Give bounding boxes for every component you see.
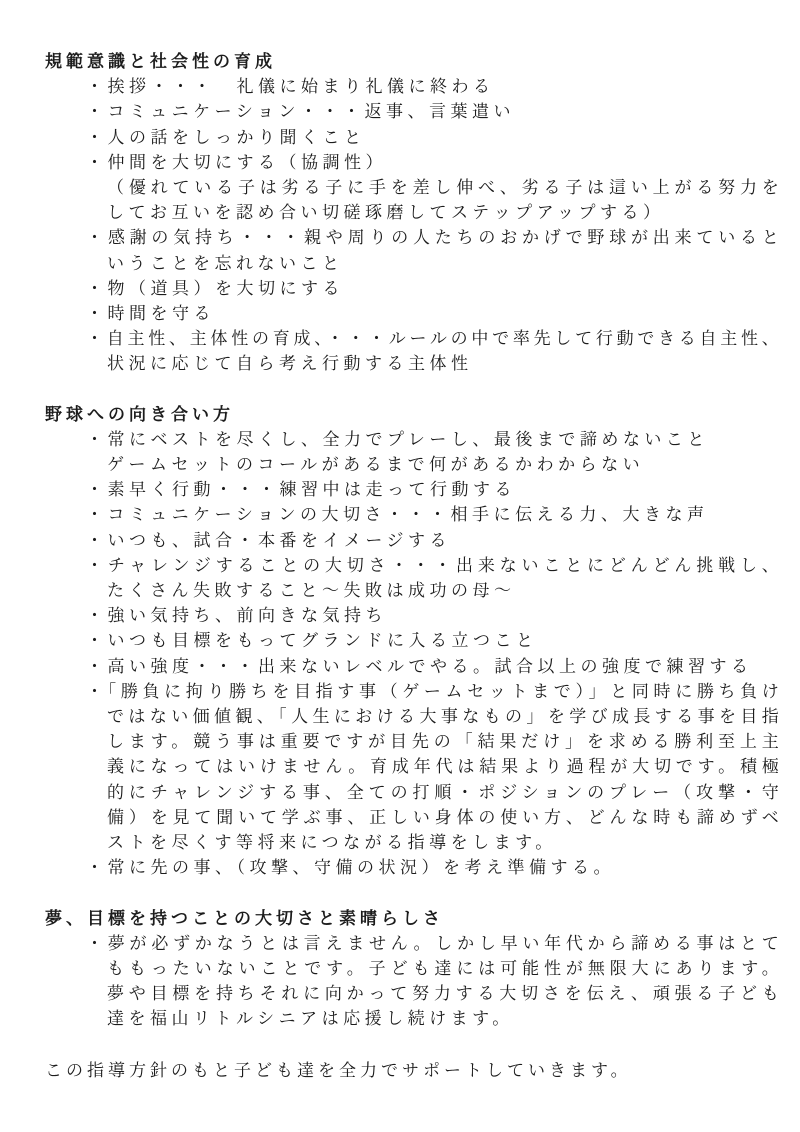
bullet-line: ・コミュニケーションの大切さ・・・相手に伝える力、大きな声	[45, 502, 782, 527]
continuation-line: （優れている子は劣る子に手を差し伸べ、劣る子は這い上がる努力を	[45, 175, 782, 200]
line-text: いうことを忘れないこと	[107, 254, 344, 273]
bullet-marker-icon: ・	[86, 128, 108, 147]
doc-section-1: 規範意識と社会性の育成・挨拶・・・ 礼儀に始まり礼儀に終わる・コミュニケーション…	[45, 49, 782, 377]
bullet-line: ・いつも目標をもってグランドに入る立つこと	[45, 628, 782, 653]
line-text: 時間を守る	[108, 304, 216, 323]
section-heading: 規範意識と社会性の育成	[45, 49, 782, 74]
bullet-line: ・自主性、主体性の育成、・・・ルールの中で率先して行動できる自主性、	[45, 326, 782, 351]
bullet-line: ・感謝の気持ち・・・親や周りの人たちのおかげで野球が出来ていると	[45, 225, 782, 250]
line-text: 物（道具）を大切にする	[108, 279, 345, 298]
bullet-marker-icon: ・	[86, 682, 108, 701]
continuation-line: ゲームセットのコールがあるまで何があるかわからない	[45, 452, 782, 477]
line-text: 素早く行動・・・練習中は走って行動する	[108, 480, 517, 499]
line-text: 常にベストを尽くし、全力でプレーし、最後まで諦めないこと	[108, 430, 709, 449]
bullet-line: ・いつも、試合・本番をイメージする	[45, 528, 782, 553]
bullet-line: ・仲間を大切にする（協調性）	[45, 150, 782, 175]
line-text: 自主性、主体性の育成、・・・ルールの中で率先して行動できる自主性、	[107, 329, 782, 348]
section-heading: 夢、目標を持つことの大切さと素晴らしさ	[45, 906, 782, 931]
bullet-line: ・高い強度・・・出来ないレベルでやる。試合以上の強度で練習する	[45, 654, 782, 679]
bullet-marker-icon: ・	[86, 934, 108, 953]
line-text: いつも目標をもってグランドに入る立つこと	[108, 631, 538, 650]
bullet-marker-icon: ・	[86, 430, 108, 449]
bullet-line: ・チャレンジすることの大切さ・・・出来ないことにどんどん挑戦し、	[45, 553, 782, 578]
bullet-line: ・常にベストを尽くし、全力でプレーし、最後まで諦めないこと	[45, 427, 782, 452]
continuation-line: 的にチャレンジする事、全ての打順・ポジションのプレー（攻撃・守	[45, 780, 782, 805]
continuation-line: いうことを忘れないこと	[45, 251, 782, 276]
bullet-line: ・夢が必ずかなうとは言えません。しかし早い年代から諦める事はとて	[45, 931, 782, 956]
bullet-marker-icon: ・	[86, 858, 108, 877]
bullet-line: ・物（道具）を大切にする	[45, 276, 782, 301]
line-text: 夢や目標を持ちそれに向かって努力する大切さを伝え、頑張る子ども	[107, 984, 782, 1003]
line-text: チャレンジすることの大切さ・・・出来ないことにどんどん挑戦し、	[108, 556, 782, 575]
line-text: 常に先の事、（攻撃、守備の状況）を考え準備する。	[108, 858, 616, 877]
bullet-line: ・常に先の事、（攻撃、守備の状況）を考え準備する。	[45, 855, 782, 880]
continuation-line: 達を福山リトルシニアは応援し続けます。	[45, 1006, 782, 1031]
line-text: 仲間を大切にする（協調性）	[108, 153, 388, 172]
line-text: ゲームセットのコールがあるまで何があるかわからない	[107, 455, 644, 474]
bullet-marker-icon: ・	[86, 279, 108, 298]
line-text: たくさん失敗すること～失敗は成功の母～	[107, 581, 516, 600]
line-text: 人の話をしっかり聞くこと	[108, 128, 366, 147]
line-text: （優れている子は劣る子に手を差し伸べ、劣る子は這い上がる努力を	[107, 178, 782, 197]
bullet-marker-icon: ・	[86, 329, 107, 348]
continuation-line: 義になってはいけません。育成年代は結果より過程が大切です。積極	[45, 754, 782, 779]
line-text: ではない価値観、「人生における大事なもの」を学び成長する事を目指	[107, 707, 782, 726]
bullet-line: ・「勝負に拘り勝ちを目指す事（ゲームセットまで）」と同時に勝ち負け	[45, 679, 782, 704]
continuation-line: 備）を見て聞いて学ぶ事、正しい身体の使い方、どんな時も諦めずベ	[45, 805, 782, 830]
line-text: 強い気持ち、前向きな気持ち	[108, 606, 388, 625]
line-text: 状況に応じて自ら考え行動する主体性	[107, 354, 473, 373]
bullet-line: ・素早く行動・・・練習中は走って行動する	[45, 477, 782, 502]
continuation-line: ももったいないことです。子ども達には可能性が無限大にあります。	[45, 956, 782, 981]
line-text: 達を福山リトルシニアは応援し続けます。	[107, 1009, 514, 1028]
bullet-marker-icon: ・	[86, 77, 108, 96]
bullet-line: ・時間を守る	[45, 301, 782, 326]
line-text: してお互いを認め合い切磋琢磨してステップアップする）	[107, 203, 664, 222]
line-text: 「勝負に拘り勝ちを目指す事（ゲームセットまで）」と同時に勝ち負け	[108, 682, 782, 701]
bullet-marker-icon: ・	[86, 657, 108, 676]
bullet-marker-icon: ・	[86, 228, 108, 247]
line-text: 挨拶・・・ 礼儀に始まり礼儀に終わる	[108, 77, 495, 96]
bullet-marker-icon: ・	[86, 606, 108, 625]
line-text: ももったいないことです。子ども達には可能性が無限大にあります。	[107, 959, 782, 978]
line-text: 夢が必ずかなうとは言えません。しかし早い年代から諦める事はとて	[108, 934, 782, 953]
bullet-marker-icon: ・	[86, 556, 108, 575]
bullet-marker-icon: ・	[86, 153, 108, 172]
line-text: 義になってはいけません。育成年代は結果より過程が大切です。積極	[107, 757, 782, 776]
continuation-line: 状況に応じて自ら考え行動する主体性	[45, 351, 782, 376]
bullet-marker-icon: ・	[86, 505, 108, 524]
continuation-line: ストを尽くす等将来につながる指導をします。	[45, 830, 782, 855]
bullet-line: ・人の話をしっかり聞くこと	[45, 125, 782, 150]
bullet-marker-icon: ・	[86, 480, 108, 499]
doc-section-2: 野球への向き合い方・常にベストを尽くし、全力でプレーし、最後まで諦めないことゲー…	[45, 402, 782, 881]
bullet-line: ・強い気持ち、前向きな気持ち	[45, 603, 782, 628]
continuation-line: ではない価値観、「人生における大事なもの」を学び成長する事を目指	[45, 704, 782, 729]
continuation-line: してお互いを認め合い切磋琢磨してステップアップする）	[45, 200, 782, 225]
section-heading: 野球への向き合い方	[45, 402, 782, 427]
line-text: 感謝の気持ち・・・親や周りの人たちのおかげで野球が出来ていると	[108, 228, 782, 247]
line-text: 備）を見て聞いて学ぶ事、正しい身体の使い方、どんな時も諦めずベ	[107, 808, 782, 827]
line-text: 的にチャレンジする事、全ての打順・ポジションのプレー（攻撃・守	[107, 783, 782, 802]
bullet-line: ・挨拶・・・ 礼儀に始まり礼儀に終わる	[45, 74, 782, 99]
line-text: いつも、試合・本番をイメージする	[108, 531, 452, 550]
document-body: 規範意識と社会性の育成・挨拶・・・ 礼儀に始まり礼儀に終わる・コミュニケーション…	[45, 49, 782, 1032]
continuation-line: します。競う事は重要ですが目先の「結果だけ」を求める勝利至上主	[45, 729, 782, 754]
line-text: します。競う事は重要ですが目先の「結果だけ」を求める勝利至上主	[107, 732, 782, 751]
doc-section-3: 夢、目標を持つことの大切さと素晴らしさ・夢が必ずかなうとは言えません。しかし早い…	[45, 906, 782, 1032]
continuation-line: たくさん失敗すること～失敗は成功の母～	[45, 578, 782, 603]
bullet-marker-icon: ・	[86, 304, 108, 323]
bullet-marker-icon: ・	[86, 531, 108, 550]
line-text: コミュニケーションの大切さ・・・相手に伝える力、大きな声	[108, 505, 709, 524]
continuation-line: 夢や目標を持ちそれに向かって努力する大切さを伝え、頑張る子ども	[45, 981, 782, 1006]
line-text: 高い強度・・・出来ないレベルでやる。試合以上の強度で練習する	[108, 657, 753, 676]
bullet-line: ・コミュニケーション・・・返事、言葉遣い	[45, 99, 782, 124]
closing-line: この指導方針のもと子ども達を全力でサポートしていきます。	[45, 1058, 782, 1083]
bullet-marker-icon: ・	[86, 631, 108, 650]
bullet-marker-icon: ・	[86, 102, 108, 121]
line-text: ストを尽くす等将来につながる指導をします。	[107, 833, 557, 852]
document-page: 規範意識と社会性の育成・挨拶・・・ 礼儀に始まり礼儀に終わる・コミュニケーション…	[0, 0, 800, 1132]
line-text: コミュニケーション・・・返事、言葉遣い	[108, 102, 515, 121]
